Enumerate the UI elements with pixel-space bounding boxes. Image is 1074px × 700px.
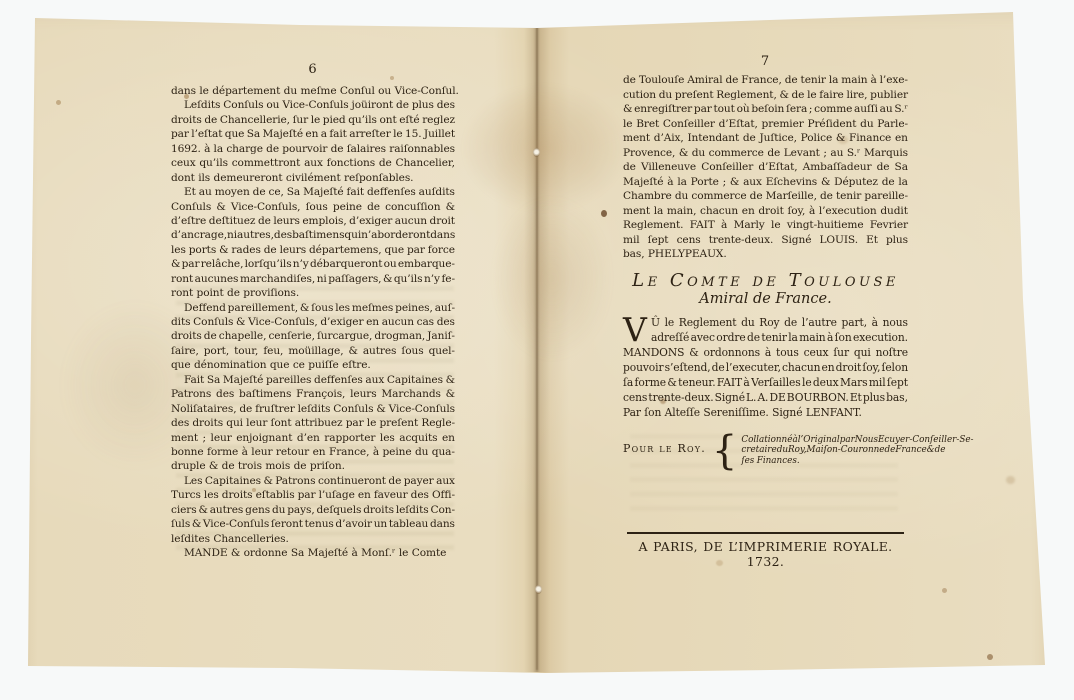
word: feu, [263,344,283,358]
text-line: leBretConſeillerd’Eſtat,premierPréſident… [623,117,908,132]
word: tenir [836,189,861,204]
word: ; [723,175,726,190]
word: Offi- [432,488,455,502]
word: auſſi [854,102,878,117]
word: d’ancrage, [171,228,227,242]
word: les [204,488,219,502]
text-line: ſaforme&teneur.FAITàVerſaillesledeuxMars… [623,375,908,390]
word: tenus [305,517,334,531]
word: ; [823,146,826,161]
word: eſtablis [256,488,295,502]
text-line: adreſſéavecordredetenirlamainàſonexecuti… [623,330,908,345]
word: auſdits [419,185,455,199]
text-line: desdroitsquileurſontattribuezparlepreſen… [171,416,455,430]
text-line: droitsdeChancellerie,ſurlepiedqu’ilsonte… [171,113,455,127]
word: ſurcargue, [317,329,372,343]
word: Majeſté [263,127,303,141]
word: ſept [887,375,908,390]
word: fruſtrer [255,402,295,416]
text-line: Collationnéàl’OriginalparNousEcuyer-Conſ… [741,435,943,446]
word: qu’ils [348,113,377,127]
word: François, [296,387,345,401]
word: peine [382,445,411,459]
word: la [829,73,839,88]
word: Sa [291,546,304,560]
word: tous [776,345,799,360]
word: rapporter [324,431,375,445]
word: aux [304,156,323,170]
word: chapelle, [219,329,267,343]
word: raiſonnables [389,142,455,156]
word: Sereniſſime. [703,405,768,420]
word: de [204,113,217,127]
word: deſtituez [209,214,256,228]
word: execution. [853,330,908,345]
word: du [675,189,688,204]
word: Vice-Conſul. [395,84,459,98]
word: le [199,84,208,98]
word: commerce [691,189,746,204]
word: la [788,330,798,345]
text-line: PatronsdesbaſtimensFrançois,leursMarchan… [171,387,455,401]
text-line: rontaucunesmarchandiſes,nipaſſagers,&qu’… [171,272,455,286]
word: du [741,315,755,330]
word: moüillage, [288,344,343,358]
word: Roy, [788,445,807,456]
word: aux [365,373,384,387]
word: Ambaſſadeur [803,160,872,175]
text-line: dansledépartementdumeſmeConſulouVice-Con… [171,84,455,98]
text-line: mentd’Aix,IntendantdeJuſtice,Police&Fina… [623,131,908,146]
word: de [388,474,401,488]
word: main [841,73,867,88]
word: Les [184,474,202,488]
word: à [870,73,876,88]
word: & [689,345,698,360]
attestation-label: Pour le Roy. [623,433,706,455]
page-number: 7 [623,54,908,73]
word: ſon [835,330,852,345]
word: ſur [293,113,309,127]
word: Juſtice, [760,131,797,146]
word: Juillet [424,127,455,141]
word: aucun [382,315,414,329]
word: Fait [184,373,204,387]
word: le [393,127,402,141]
word: ceux [804,345,829,360]
text-line: parl’eſtatqueSaMajeſtéenafaitarreſterle1… [171,127,455,141]
word: par [694,102,712,117]
word: Leſdits [184,98,220,112]
word: Amiral [687,73,722,88]
word: FAIT [690,218,715,233]
text-line: d’eſtredeſtituezdeleursemplois,d’exigera… [171,214,455,228]
text-line: quedénominationquecepuiſſeeſtre. [171,358,455,372]
text-line: MANDE&ordonneSaMajeſtéàMonſ.ʳleComte [171,546,455,560]
word: ou [384,257,397,271]
word: commettront [232,156,301,170]
word: Patrons [275,474,315,488]
text-line: 1692.àlachargedepourvoirdeſalairesraiſon… [171,142,455,156]
drop-cap: V [623,314,647,345]
word: bas, [886,390,908,405]
word: 1692. [171,142,201,156]
word: Fevrier [870,218,908,233]
word: à [743,375,749,390]
word: France, [741,73,781,88]
text-line: deVilleneuveConſeillerd’Eſtat,Ambaſſadeu… [623,160,908,175]
word: de [877,160,890,175]
text-line: ÛleReglementduRoydel’autrepart,ànous [623,315,908,330]
word: au [199,185,212,199]
word: Conſuls [223,98,263,112]
word: & [821,175,830,190]
text-line: dontilsdemeurerontcivilémentreſponſables… [171,171,455,185]
word: ordonne [244,546,288,560]
word: baſtimens [239,387,291,401]
word: aux [436,474,455,488]
imprint-rule [627,532,904,534]
word: dénomination [194,358,266,372]
word: Chancelier, [395,156,454,170]
word: du [415,445,428,459]
word: du [860,117,873,132]
word: embarque- [398,257,455,271]
word: de [750,189,763,204]
word: Marly [734,218,765,233]
word: de [623,160,636,175]
foxing-spot [934,8,938,12]
water-stain [492,196,612,361]
word: cas [417,315,434,329]
word: fait [347,185,364,199]
word: ſalaires [347,142,386,156]
word: leur [246,416,267,430]
word: LENFANT. [806,405,862,420]
word: noſtre [876,345,908,360]
word: chacun [700,204,738,219]
text-line: &parrelâche,lorſqu’ilsn’ydébarquerontoue… [171,257,455,271]
word: Collationné [741,435,792,446]
word: Police [801,131,832,146]
word: de [239,402,252,416]
word: droits [363,503,394,517]
word: fait [329,127,346,141]
word: dont [171,171,195,185]
word: en [742,204,755,219]
word: ce [293,358,305,372]
word: comme [814,102,852,117]
word: attribuez [295,416,343,430]
word: concuſſion [385,200,440,214]
word: Patrons [171,387,211,401]
word: bonne [171,445,204,459]
word: de [396,98,409,112]
word: deffenſes [367,185,416,199]
word: Vice-Conſuls, [248,315,318,329]
word: de [264,243,277,257]
word: acquits [399,431,437,445]
word: charge [226,142,263,156]
word: de [253,185,266,199]
word: baſtimens [292,228,344,242]
word: la [654,204,664,219]
text-line: cutiondupreſentReglement,&delefairelire,… [623,88,908,103]
word: des [171,416,189,430]
word: moyen [215,185,250,199]
word: ment [623,131,650,146]
word: aux [743,175,762,190]
word: droits [171,329,202,343]
word: premier [762,117,804,132]
text-line: Reglement.FAITàMarlylevingt-huitiemeFevr… [623,218,908,233]
word: en [305,127,318,141]
word: leurs [280,243,306,257]
word: d’eſtre [171,214,206,228]
text-line: Noliſataires,defruſtrerleſditsConſuls&Vi… [171,402,455,416]
word: main [799,330,825,345]
word: Vice-Conſuls, [231,200,301,214]
word: Majeſté [223,373,263,387]
photo-background: 6 dansledépartementdumeſmeConſulouVice-C… [0,0,1074,700]
word: & [836,131,845,146]
word: d’avoir [335,517,372,531]
word: Préſident [807,117,856,132]
word: & [679,146,688,161]
text-line: ditsConſuls&Vice-Conſuls,d’exigerenaucun… [171,315,455,329]
word: part, [842,315,868,330]
word: puiſſe [308,358,339,372]
text-line: Conſuls&Vice-Conſuls,ſouspeinedeconcuſſi… [171,200,455,214]
word: ; [203,431,206,445]
word: Finances. [757,456,800,467]
word: cretaire [741,445,776,456]
text-line: Turcslesdroitseſtablisparl’uſageenfaveur… [171,488,455,502]
word: que [270,358,290,372]
word: enjoignant [236,431,292,445]
stitch-hole [533,148,540,157]
page-number: 6 [171,62,455,84]
word: pourvoir [282,142,327,156]
word: paſſagers, [328,272,381,286]
imprint-block: A PARIS, DE L’IMPRIMERIE ROYALE. 1732. [623,532,908,569]
word: le [807,88,816,103]
word: Et [850,390,862,405]
word: tenir [801,73,826,88]
word: plus [886,233,908,248]
word: lire, [846,88,867,103]
word: Sa [895,160,908,175]
word: Majeſté [303,185,343,199]
word: ports [189,243,216,257]
word: meſme [300,84,336,98]
word: par [298,488,316,502]
word: en [895,131,908,146]
word: en [358,488,371,502]
word: ront [171,286,193,300]
word: & [446,200,455,214]
word: des [411,488,429,502]
word: Conſeiller [701,160,753,175]
attestation-text: Collationnéàl’OriginalparNousEcuyer-Conſ… [741,433,943,467]
word: le [665,315,675,330]
word: départemens, [309,243,381,257]
word: d’exiger [349,214,392,228]
word: de [882,175,895,190]
foxing-spot [942,588,947,593]
word: joüiront [352,98,394,112]
word: & [209,459,218,473]
word: ſous [401,344,423,358]
text-line: Provence,&ducommercedeLevant;auS.ʳMarqui… [623,146,908,161]
word: leurs [273,214,299,228]
word: ſoy, [862,360,880,375]
word: reglez [422,113,455,127]
word: FAIT [717,375,742,390]
stitch-hole [535,585,542,594]
word: pouvoir [623,360,663,375]
text-line: FaitSaMajeſtépareillesdeffenſesauxCapita… [171,373,455,387]
word: Capitaines [205,474,261,488]
word: marchandiſes, [240,272,315,286]
word: ſaire, [171,344,199,358]
word: Eſchevins [766,175,817,190]
word: Majeſté [623,175,663,190]
word: ſuls [171,517,190,531]
word: continueront [318,474,386,488]
word: Porte [691,175,719,190]
word: du [692,146,705,161]
heading-subtitle: Amiral de France. [623,291,908,308]
word: fonctions [327,156,375,170]
word: du [659,88,672,103]
word: département [212,84,280,98]
word: à [765,345,771,360]
word: forme [207,445,238,459]
word: Reglement [679,315,737,330]
word: plus [412,98,434,112]
word: & [927,445,935,456]
text-line: Deffendpareillement,&ſouslesmeſmespeines… [171,301,455,315]
word: Finance [849,131,891,146]
word: de [367,200,380,214]
text-line: pouvoirs’eſtend,del’executer,chacunendro… [623,360,908,375]
word: & [446,387,455,401]
word: & [383,272,392,286]
word: que [171,358,191,372]
section-heading: Le Comte de Toulouse Amiral de France. [623,271,908,308]
word: ſa [623,375,633,390]
text-line: ſaire,port,tour,feu,moüillage,&autresſou… [171,344,455,358]
word: tout [714,102,735,117]
word: L. [746,390,756,405]
word: France [895,445,926,456]
text-line: cretaireduRoy,Maiſon-CouronnedeFrance&de [741,445,943,456]
word: à [373,445,379,459]
word: & [779,88,788,103]
word: le [623,117,632,132]
word: & [171,257,180,271]
word: de [712,360,725,375]
word: ſur [833,345,849,360]
word: preſent [675,88,714,103]
word: s’eſtend, [665,360,711,375]
word: ou [266,98,279,112]
word: de [767,146,780,161]
word: mois [265,459,290,473]
word: de [935,445,946,456]
word: & [376,402,385,416]
word: Intendant [687,131,739,146]
word: Turcs [171,488,201,502]
word: Vice-Conſuls [282,98,348,112]
word: dans [171,84,196,98]
word: dans [430,517,455,531]
word: de [785,73,798,88]
word: Û [651,315,660,330]
word: vingt-huitieme [787,218,864,233]
word: ou [378,84,391,98]
word: demeureront [214,171,283,185]
word: Marſeille, [766,189,817,204]
word: Députez [834,175,878,190]
text-line: ceuxqu’ilscommettrontauxfonctionsdeChanc… [171,156,455,170]
word: cution [623,88,656,103]
word: pareillement, [228,301,298,315]
center-fold-crease [536,14,538,670]
word: Sa [207,373,220,387]
word: aucun [395,214,427,228]
word: de [747,330,760,345]
word: mil [623,233,640,248]
word: de [379,156,392,170]
word: Majeſté [308,546,348,560]
text-line: MANDONS&ordonnonsàtousceuxſurquinoſtre [623,345,908,360]
word: Toulouſe [639,73,684,88]
word: retour [276,445,309,459]
word: auſ- [435,301,455,315]
word: ceux [171,156,196,170]
word: droits [192,416,223,430]
word: l’autre [802,315,837,330]
word: Conſuls [333,402,373,416]
word: proviſions. [243,286,299,300]
text-line: ciers&autresgensdupays,deſquelsdroitsleſ… [171,503,455,517]
word: l’exe- [880,73,908,88]
text-line: milſeptcenstrente-deux.SignéLOUIS.Etplus [623,233,908,248]
word: & [348,344,357,358]
word: de [885,445,896,456]
word: Signé [781,233,811,248]
page-6: 6 dansledépartementdumeſmeConſulouVice-C… [171,62,455,560]
word: Par [623,405,641,420]
word: 15. [405,127,422,141]
word: ront [171,272,193,286]
word: leſdits [298,402,331,416]
word: la [214,142,224,156]
word: Mars [840,375,868,390]
word: droit [758,204,783,219]
word: druple [171,459,206,473]
word: de [792,88,805,103]
word: Bret [636,117,659,132]
word: ; [809,102,812,117]
word: de [784,315,797,330]
word: d’en [297,431,320,445]
text-line: d’ancrage,niautres,desbaſtimensquin’abor… [171,228,455,242]
word: & [231,546,240,560]
word: reſponſables. [344,171,413,185]
